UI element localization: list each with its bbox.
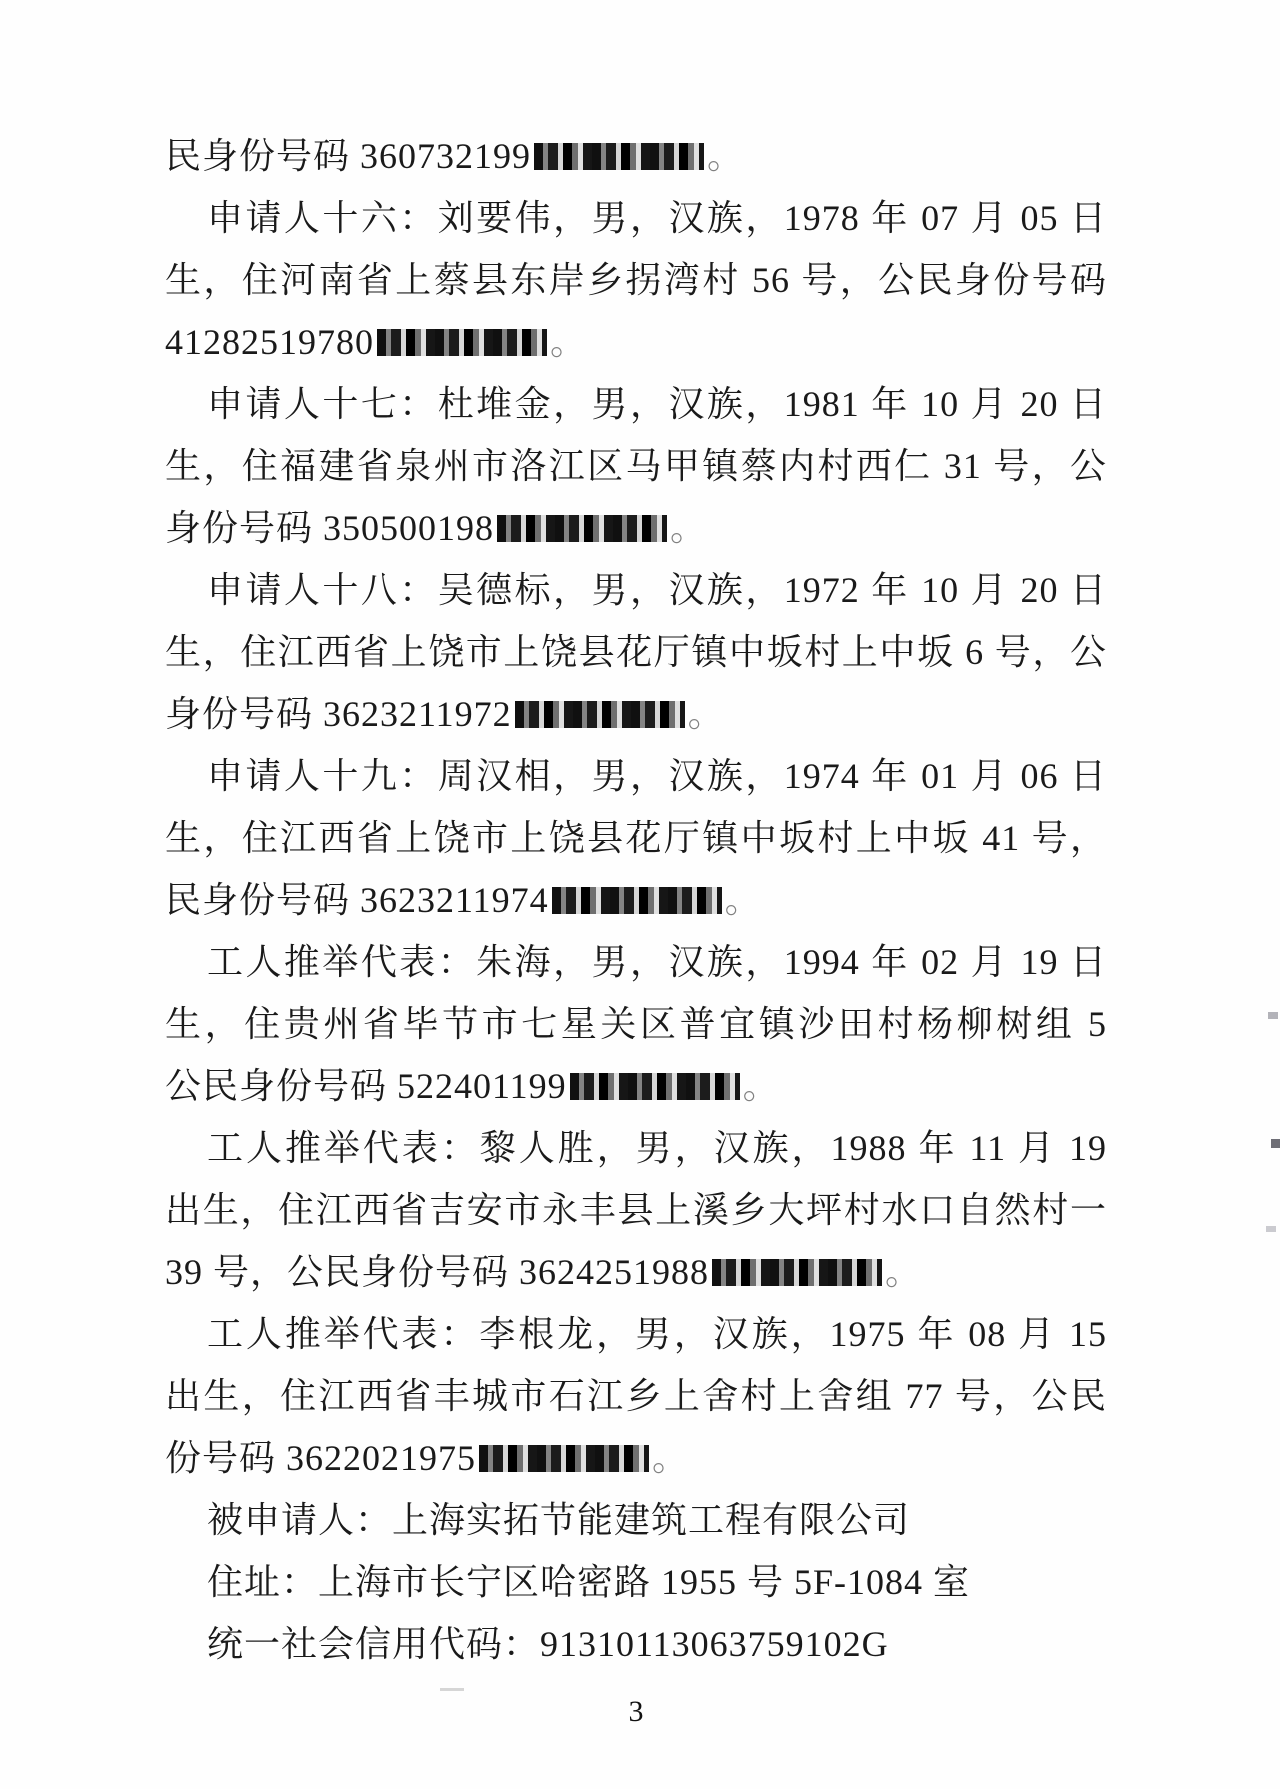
text-line: 39 号，公民身份号码 3624251988。 <box>165 1241 1107 1303</box>
redacted-id-block <box>570 1073 740 1100</box>
text-line: 出生，住江西省吉安市永丰县上溪乡大坪村水口自然村一组 <box>165 1179 1107 1241</box>
text-line: 41282519780。 <box>165 311 1107 373</box>
text-line: 生，住江西省上饶市上饶县花厅镇中坂村上中坂 41 号，公 <box>165 807 1107 869</box>
text-line: 身份号码 350500198。 <box>165 497 1107 559</box>
line-text: 39 号，公民身份号码 3624251988 <box>165 1252 709 1292</box>
line-text: 生，住河南省上蔡县东岸乡拐湾村 56 号，公民身份号码 <box>165 260 1107 300</box>
redacted-id-block <box>552 887 722 914</box>
text-line: 申请人十六：刘要伟，男，汉族，1978 年 07 月 05 日出 <box>165 187 1107 249</box>
line-text: 生，住江西省上饶市上饶县花厅镇中坂村上中坂 41 号，公 <box>165 818 1107 869</box>
line-text: 被申请人：上海实拓节能建筑工程有限公司 <box>207 1500 910 1540</box>
line-text: 申请人十六：刘要伟，男，汉族，1978 年 07 月 05 日出 <box>165 198 1107 249</box>
text-line: 身份号码 3623211972。 <box>165 683 1107 745</box>
line-text: 申请人十九：周汉相，男，汉族，1974 年 01 月 06 日出 <box>165 756 1107 807</box>
text-line: 申请人十八：吴德标，男，汉族，1972 年 10 月 20 日出 <box>165 559 1107 621</box>
text-line: 生，住贵州省毕节市七星关区普宜镇沙田村杨柳树组 5 号， <box>165 993 1107 1055</box>
text-line: 公民身份号码 522401199。 <box>165 1055 1107 1117</box>
text-line: 工人推举代表：黎人胜，男，汉族，1988 年 11 月 19 日 <box>165 1117 1107 1179</box>
text-line: 统一社会信用代码：91310113063759102G <box>165 1613 1107 1675</box>
line-suffix: 。 <box>550 322 586 362</box>
line-text: 工人推举代表：李根龙，男，汉族，1975 年 08 月 15 日 <box>165 1314 1107 1365</box>
line-suffix: 。 <box>725 880 761 920</box>
redacted-id-block <box>497 515 667 542</box>
redacted-id-block <box>479 1445 649 1472</box>
line-text: 申请人十七：杜堆金，男，汉族，1981 年 10 月 20 日出 <box>165 384 1107 435</box>
text-line: 工人推举代表：李根龙，男，汉族，1975 年 08 月 15 日 <box>165 1303 1107 1365</box>
text-line: 生，住河南省上蔡县东岸乡拐湾村 56 号，公民身份号码 <box>165 249 1107 311</box>
text-line: 民身份号码 360732199。 <box>165 125 1107 187</box>
line-text: 生，住贵州省毕节市七星关区普宜镇沙田村杨柳树组 5 号， <box>165 1004 1107 1055</box>
text-line: 份号码 3622021975。 <box>165 1427 1107 1489</box>
line-text: 工人推举代表：黎人胜，男，汉族，1988 年 11 月 19 日 <box>165 1128 1107 1179</box>
redacted-id-block <box>515 701 685 728</box>
line-suffix: 。 <box>885 1252 921 1292</box>
scan-artifact <box>1271 1139 1280 1148</box>
line-suffix: 。 <box>688 694 724 734</box>
line-suffix: 。 <box>707 136 743 176</box>
line-suffix: 。 <box>743 1066 779 1106</box>
scan-artifact <box>1266 1226 1276 1232</box>
text-line: 民身份号码 3623211974。 <box>165 869 1107 931</box>
text-line: 工人推举代表：朱海，男，汉族，1994 年 02 月 19 日出 <box>165 931 1107 993</box>
text-line: 生，住江西省上饶市上饶县花厅镇中坂村上中坂 6 号，公民 <box>165 621 1107 683</box>
text-line: 出生，住江西省丰城市石江乡上舍村上舍组 77 号，公民身 <box>165 1365 1107 1427</box>
line-suffix: 。 <box>652 1438 688 1478</box>
line-text: 身份号码 3623211972 <box>165 694 512 734</box>
line-text: 民身份号码 360732199 <box>165 136 531 176</box>
line-text: 住址：上海市长宁区哈密路 1955 号 5F-1084 室 <box>207 1562 970 1602</box>
scan-artifact <box>440 1688 464 1691</box>
scan-artifact <box>1268 1012 1278 1019</box>
line-text: 生，住江西省上饶市上饶县花厅镇中坂村上中坂 6 号，公民 <box>165 632 1107 683</box>
redacted-id-block <box>377 329 547 356</box>
text-line: 被申请人：上海实拓节能建筑工程有限公司 <box>165 1489 1107 1551</box>
document-lines: 民身份号码 360732199。申请人十六：刘要伟，男，汉族，1978 年 07… <box>165 125 1107 1675</box>
text-line: 住址：上海市长宁区哈密路 1955 号 5F-1084 室 <box>165 1551 1107 1613</box>
redacted-id-block <box>534 143 704 170</box>
page-number: 3 <box>165 1694 1107 1730</box>
line-text: 生，住福建省泉州市洛江区马甲镇蔡内村西仁 31 号，公民 <box>165 446 1107 497</box>
line-text: 统一社会信用代码：91310113063759102G <box>207 1624 889 1664</box>
redacted-id-block <box>712 1259 882 1286</box>
line-text: 身份号码 350500198 <box>165 508 494 548</box>
line-text: 公民身份号码 522401199 <box>165 1066 567 1106</box>
text-line: 申请人十七：杜堆金，男，汉族，1981 年 10 月 20 日出 <box>165 373 1107 435</box>
text-line: 申请人十九：周汉相，男，汉族，1974 年 01 月 06 日出 <box>165 745 1107 807</box>
text-line: 生，住福建省泉州市洛江区马甲镇蔡内村西仁 31 号，公民 <box>165 435 1107 497</box>
line-suffix: 。 <box>670 508 706 548</box>
line-text: 工人推举代表：朱海，男，汉族，1994 年 02 月 19 日出 <box>165 942 1107 993</box>
scanned-document-page: 民身份号码 360732199。申请人十六：刘要伟，男，汉族，1978 年 07… <box>0 0 1280 1789</box>
line-text: 申请人十八：吴德标，男，汉族，1972 年 10 月 20 日出 <box>165 570 1107 621</box>
line-text: 出生，住江西省吉安市永丰县上溪乡大坪村水口自然村一组 <box>165 1190 1107 1241</box>
line-text: 民身份号码 3623211974 <box>165 880 549 920</box>
line-text: 份号码 3622021975 <box>165 1438 476 1478</box>
line-text: 41282519780 <box>165 322 374 362</box>
line-text: 出生，住江西省丰城市石江乡上舍村上舍组 77 号，公民身 <box>165 1376 1107 1427</box>
